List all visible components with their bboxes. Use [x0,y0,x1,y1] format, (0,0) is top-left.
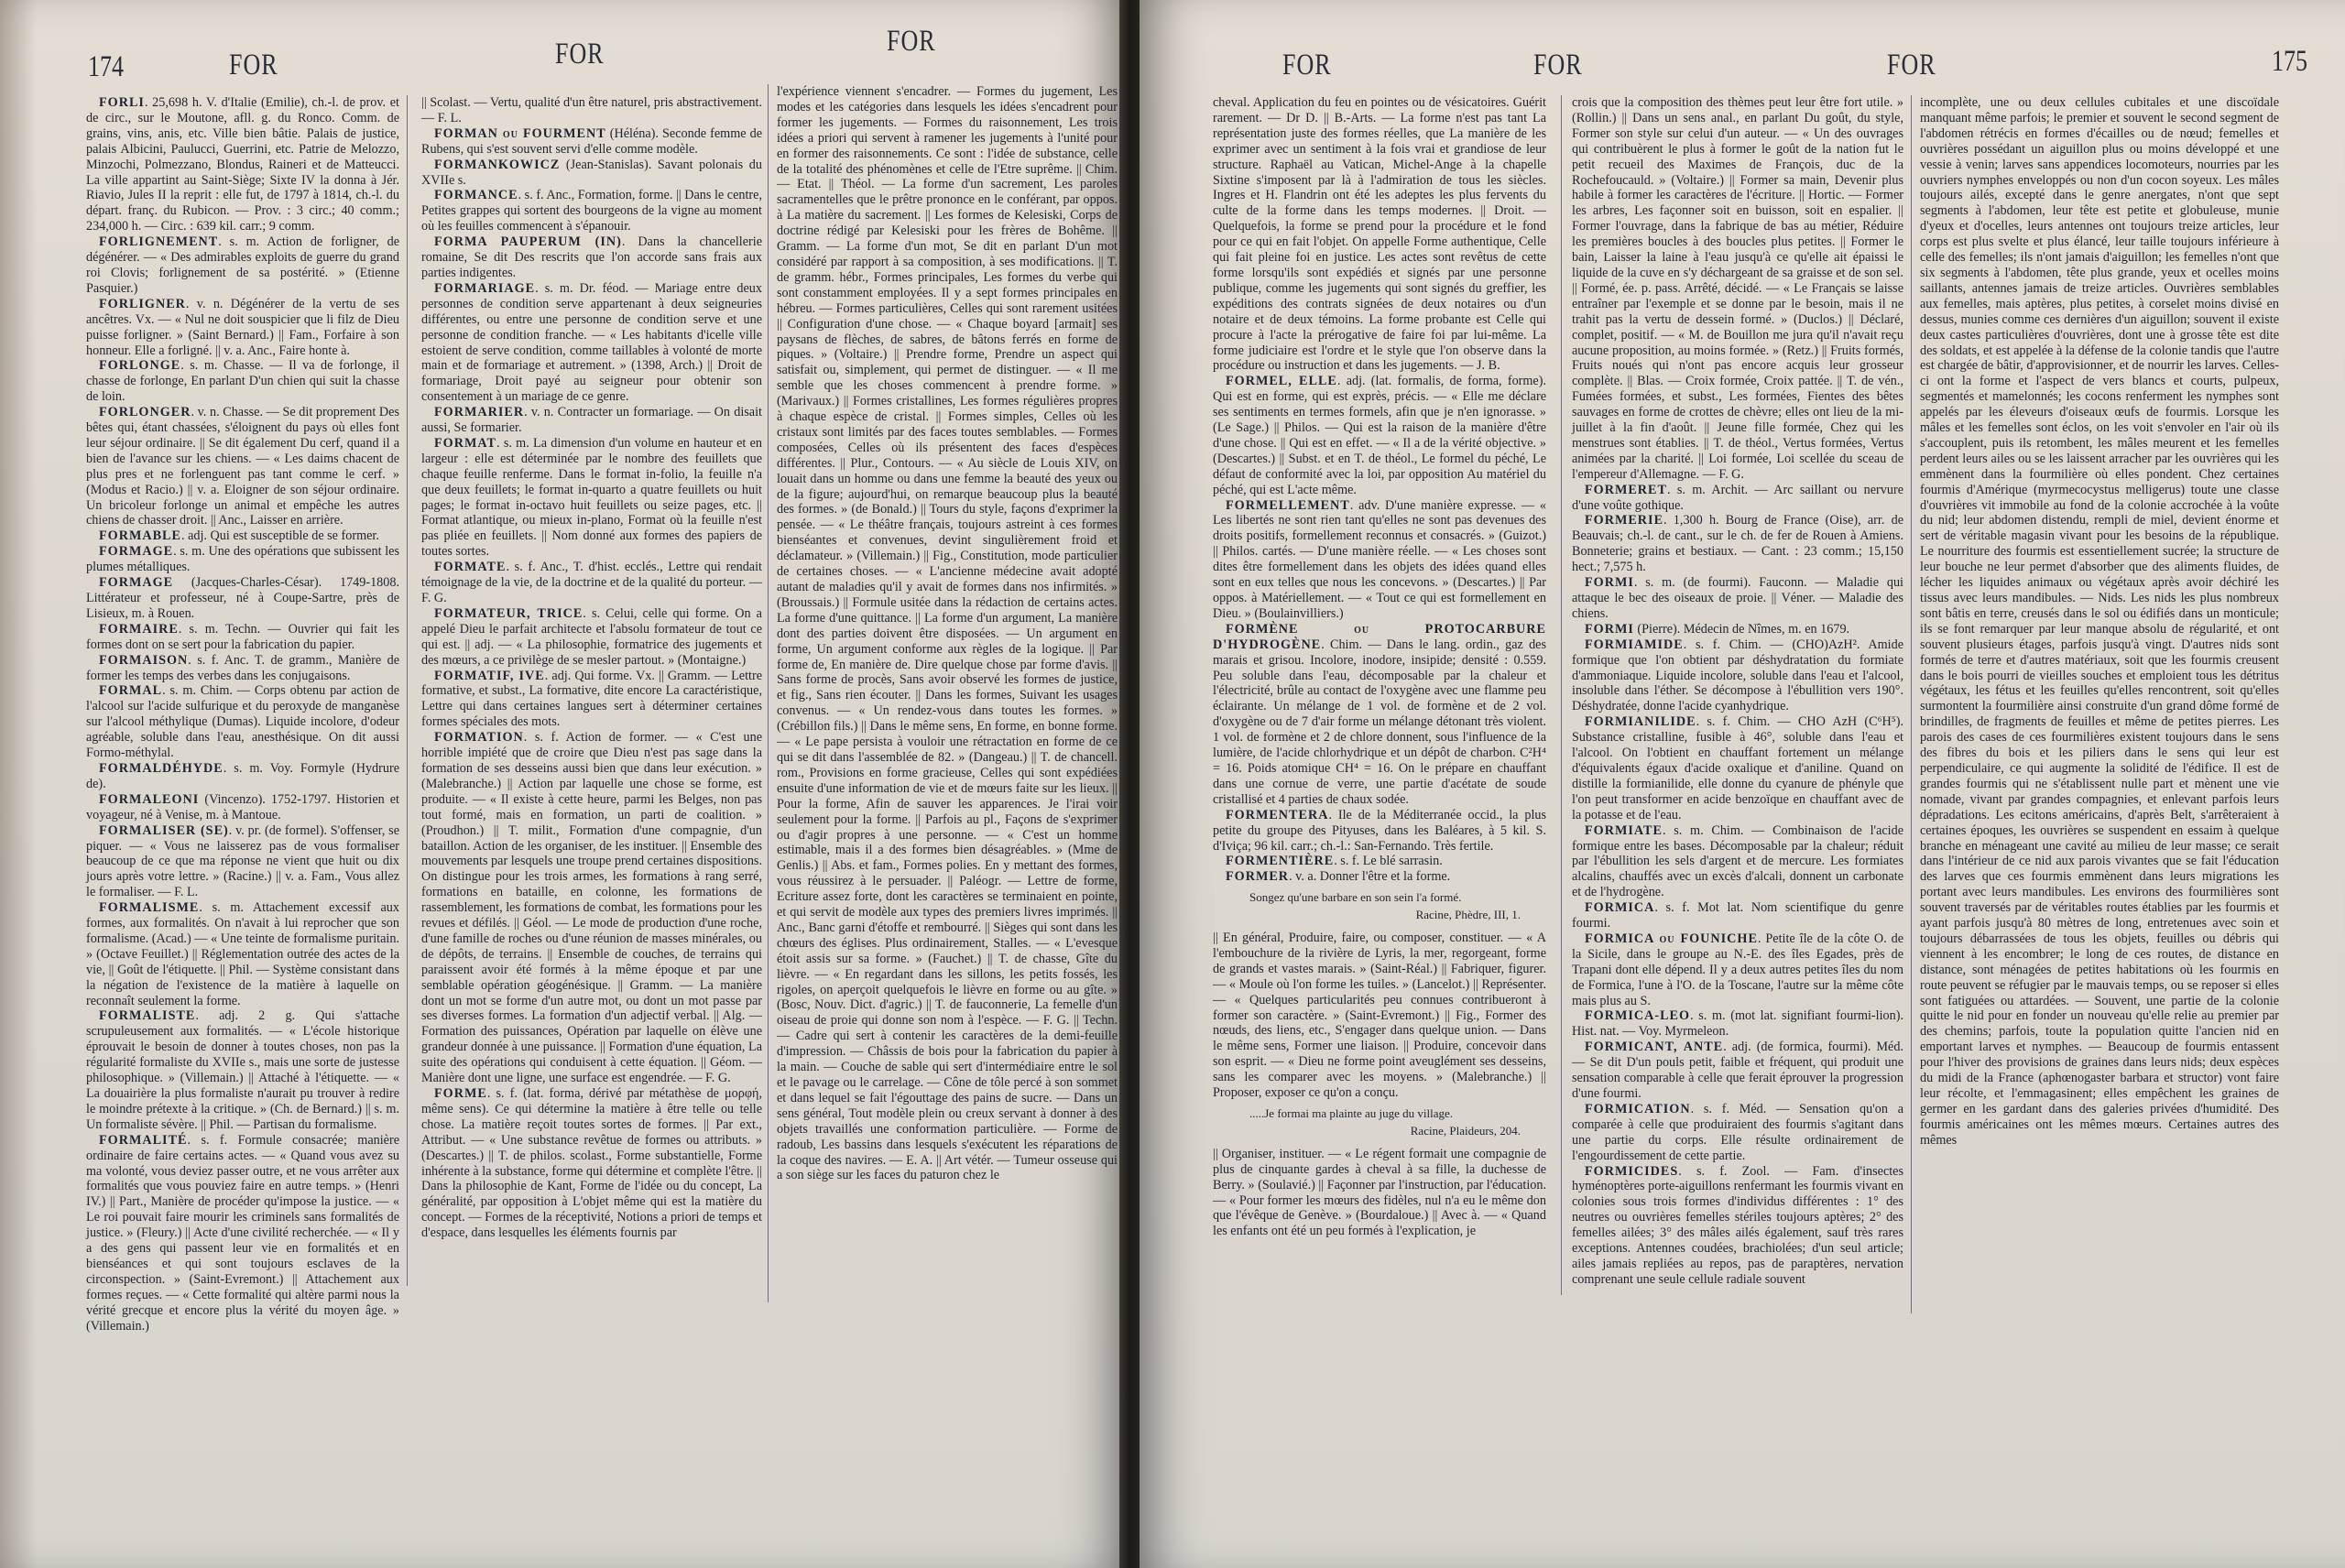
dictionary-entry: FORMI. s. m. (de fourmi). Fauconn. — Mal… [1572,575,1903,622]
entry-definition: . adj. Qui est susceptible de se former. [181,528,379,543]
entry-headword: FORMERET [1585,483,1667,497]
left-page: 174 FOR FOR FOR FORLI. 25,698 h. V. d'It… [0,0,1125,1568]
entry-headword: FORMAL [99,683,162,698]
entry-definition: || Scolast. — Vertu, qualité d'un être n… [421,95,762,125]
column-rule [407,95,408,1286]
dictionary-entry: FORMALISER (SE). v. pr. (de formel). S'o… [86,823,399,901]
dictionary-entry-continued: || En général, Produire, faire, ou compo… [1213,931,1546,1101]
verse-source: Racine, Plaideurs, 204. [1213,1124,1546,1139]
dictionary-entry: FORMICATION. s. f. Méd. — Sensation qu'o… [1572,1102,1903,1164]
entry-definition: (Pierre). Médecin de Nîmes, m. en 1679. [1634,622,1849,637]
entry-definition: . s. f. Le blé sarrasin. [1334,854,1443,868]
entry-headword: FORLONGE [99,358,180,373]
entry-headword: FORMEL, ELLE [1226,374,1337,388]
dictionary-entry: FORMIATE. s. m. Chim. — Combinaison de l… [1572,823,1903,901]
entry-headword: FORMICA [1585,900,1654,915]
dictionary-entry: FORMALISME. s. m. Attachement excessif a… [86,900,399,1008]
page-number-left: 174 [88,49,124,84]
dictionary-entry: FORMANCE. s. f. Anc., Formation, forme. … [421,188,762,234]
dictionary-entry: FORMALDÉHYDE. s. m. Voy. Formyle (Hydrur… [86,761,399,792]
entry-headword: FORMIANILIDE [1585,714,1696,729]
entry-headword: FORMALITÉ [99,1133,188,1148]
entry-headword: FORMALEONI [99,792,199,807]
dictionary-entry: FORMALITÉ. s. f. Formule consacrée; mani… [86,1133,399,1334]
dictionary-entry: FORMALISTE. adj. 2 g. Qui s'attache scru… [86,1008,399,1132]
entry-headword: FORMALDÉHYDE [99,761,224,776]
dictionary-entry: cheval. Application du feu en pointes ou… [1213,95,1546,374]
dictionary-entry: FORMA PAUPERUM (IN). Dans la chancelleri… [421,234,762,281]
entry-headword: FORMAISON [99,653,188,668]
entry-headword: FORMENTIÈRE [1226,854,1334,868]
entry-definition: . s. m. Attachement excessif aux formes,… [86,900,399,1007]
dictionary-entry: FORMALEONI (Vincenzo). 1752-1797. Histor… [86,792,399,823]
entry-headword: FORMI [1585,622,1634,637]
dictionary-entry: FORMICA-LEO. s. m. (mot lat. signifiant … [1572,1008,1903,1040]
dictionary-entry: FORMATE. s. f. Anc., T. d'hist. ecclés.,… [421,560,762,606]
dictionary-entry: FORMER. v. a. Donner l'être et la forme. [1213,869,1546,885]
dictionary-entry: || Scolast. — Vertu, qualité d'un être n… [421,95,762,126]
dictionary-entry: crois que la composition des thèmes peut… [1572,95,1903,483]
entry-headword: FORMANKOWICZ [434,158,560,172]
dictionary-entry: FORMICANT, ANTE. adj. (de formica, fourm… [1572,1040,1903,1102]
entry-definition: incomplète, une ou deux cellules cubital… [1920,95,2279,1148]
verse-source: Racine, Phèdre, III, 1. [1213,908,1546,923]
entry-headword: FORMAN ou FOURMENT [434,126,606,141]
entry-definition: . v. a. Donner l'être et la forme. [1289,869,1450,884]
dictionary-entry: FORMIAMIDE. s. f. Chim. — (CHO)AzH². Ami… [1572,637,1903,715]
entry-headword: FORLONGER [99,405,191,419]
dictionary-entry: FORMATIF, IVE. adj. Qui forme. Vx. || Gr… [421,669,762,731]
entry-definition: . 25,698 h. V. d'Italie (Emilie), ch.-l.… [86,95,399,234]
running-head: FOR [1887,48,1936,82]
running-head: FOR [887,24,936,59]
dictionary-entry: FORMAL. s. m. Chim. — Corps obtenu par a… [86,683,399,761]
entry-definition: . Chim. — Dans le lang. ordin., gaz des … [1213,637,1546,807]
dictionary-entry: FORMENTERA. Ile de la Méditerranée occid… [1213,808,1546,855]
dictionary-entry: incomplète, une ou deux cellules cubital… [1920,95,2279,1149]
entry-headword: FORMALISER (SE) [99,823,229,838]
entry-headword: FORMATE [434,560,506,574]
entry-definition: . s. m. La dimension d'un volume en haut… [421,436,762,559]
dictionary-entry: FORLONGER. v. n. Chasse. — Se dit propre… [86,405,399,528]
dictionary-entry: FORMICIDES. s. f. Zool. — Fam. d'insecte… [1572,1164,1903,1288]
entry-headword: FORMABLE [99,528,181,543]
dictionary-entry: FORLIGNER. v. n. Dégénérer de la vertu d… [86,297,399,359]
dictionary-entry: FORMANKOWICZ (Jean-Stanislas). Savant po… [421,158,762,189]
entry-definition: . adv. D'une manière expresse. — « Les l… [1213,498,1546,621]
column-3: l'expérience viennent s'encadrer. — Form… [777,84,1118,1183]
right-page: FOR FOR FOR 175 cheval. Application du f… [1140,0,2345,1568]
entry-headword: FORMARIAGE [434,281,535,296]
entry-headword: FORMI [1585,575,1634,590]
entry-headword: FORMAGE [99,544,173,559]
entry-definition: . s. f. Chim. — CHO AzH (C⁶H⁵). Substanc… [1572,714,1903,822]
entry-definition: crois que la composition des thèmes peut… [1572,95,1903,482]
entry-headword: FORLIGNEMENT [99,234,218,249]
dictionary-entry: FORLI. 25,698 h. V. d'Italie (Emilie), c… [86,95,399,234]
dictionary-entry: FORMERET. s. m. Archit. — Arc saillant o… [1572,483,1903,514]
dictionary-entry: FORLIGNEMENT. s. m. Action de forligner,… [86,234,399,297]
dictionary-entry: FORMAISON. s. f. Anc. T. de gramm., Mani… [86,653,399,684]
running-head: FOR [1533,48,1583,82]
dictionary-entry: FORMENTIÈRE. s. f. Le blé sarrasin. [1213,854,1546,869]
entry-headword: FORMIATE [1585,823,1663,838]
entry-definition: cheval. Application du feu en pointes ou… [1213,95,1546,373]
entry-headword: FORMATEUR, TRICE [434,606,583,621]
entry-definition: . s. f. Action de former. — « C'est une … [421,730,762,1085]
entry-headword: FORLIGNER [99,297,186,311]
entry-headword: FORMICATION [1585,1102,1691,1116]
entry-headword: FORMATION [434,730,524,745]
entry-headword: FORMELLEMENT [1226,498,1350,513]
entry-headword: FORMA PAUPERUM (IN) [434,234,622,249]
verse-quotation: Songez qu'une barbare en son sein l'a fo… [1213,890,1546,906]
entry-headword: FORMICIDES [1585,1164,1678,1179]
entry-headword: FORLI [99,95,145,110]
entry-definition: . s. f. Formule consacrée; manière ordin… [86,1133,399,1334]
dictionary-entry-continued: || Organiser, instituer. — « Le régent f… [1213,1147,1546,1239]
entry-headword: FORMANCE [434,188,518,202]
column-1: cheval. Application du feu en pointes ou… [1213,95,1546,1239]
dictionary-entry: FORMAT. s. m. La dimension d'un volume e… [421,436,762,560]
dictionary-entry: FORMAGE (Jacques-Charles-César). 1749-18… [86,575,399,622]
entry-headword: FORMAGE [99,575,173,590]
dictionary-entry: FORMEL, ELLE. adj. (lat. formalis, de fo… [1213,374,1546,497]
page-number-right: 175 [2272,44,2307,79]
dictionary-entry: FORMICA. s. f. Mot lat. Nom scientifique… [1572,900,1903,931]
running-head: FOR [555,37,605,71]
dictionary-entry: FORMÈNE ou PROTOCARBURE D'HYDROGÈNE. Chi… [1213,622,1546,808]
column-rule [768,84,769,1302]
dictionary-entry: FORMAN ou FOURMENT (Héléna). Seconde fem… [421,126,762,158]
open-book-spread: 174 FOR FOR FOR FORLI. 25,698 h. V. d'It… [0,0,2345,1568]
dictionary-entry: FORMELLEMENT. adv. D'une manière express… [1213,498,1546,622]
dictionary-entry: FORME. s. f. (lat. forma, dérivé par mét… [421,1086,762,1241]
entry-definition: . s. f. Zool. — Fam. d'insectes hyménopt… [1572,1164,1903,1287]
entry-headword: FORMERIE [1585,513,1663,528]
entry-definition: . s. m. Dr. féod. — Mariage entre deux p… [421,281,762,404]
entry-definition: . v. n. Chasse. — Se dit proprement Des … [86,405,399,528]
running-head: FOR [229,48,278,82]
running-head: FOR [1282,48,1332,82]
dictionary-entry: FORMARIER. v. n. Contracter un formariag… [421,405,762,436]
entry-headword: FORMICA-LEO [1585,1008,1690,1023]
column-1: FORLI. 25,698 h. V. d'Italie (Emilie), c… [86,95,399,1334]
dictionary-entry: FORMIANILIDE. s. f. Chim. — CHO AzH (C⁶H… [1572,714,1903,822]
column-rule [1561,95,1562,1295]
entry-headword: FORMICANT, ANTE [1585,1040,1723,1054]
dictionary-entry: FORMI (Pierre). Médecin de Nîmes, m. en … [1572,622,1903,637]
dictionary-entry: l'expérience viennent s'encadrer. — Form… [777,84,1118,1183]
dictionary-entry: FORMARIAGE. s. m. Dr. féod. — Mariage en… [421,281,762,405]
dictionary-entry: FORMAIRE. s. m. Techn. — Ouvrier qui fai… [86,622,399,653]
dictionary-entry: FORMATEUR, TRICE. s. Celui, celle qui fo… [421,606,762,669]
entry-headword: FORMER [1226,869,1289,884]
entry-headword: FORMALISTE [99,1008,195,1023]
entry-headword: FORMARIER [434,405,524,419]
entry-headword: FORMICA ou FOUNICHE [1585,931,1758,946]
entry-definition: l'expérience viennent s'encadrer. — Form… [777,84,1118,1182]
dictionary-entry: FORMICA ou FOUNICHE. Petite île de la cô… [1572,931,1903,1009]
dictionary-entry: FORMERIE. 1,300 h. Bourg de France (Oise… [1572,513,1903,575]
entry-definition: . adj. 2 g. Qui s'attache scrupuleusemen… [86,1008,399,1131]
entry-headword: FORMIAMIDE [1585,637,1684,652]
entry-headword: FORMALISME [99,900,199,915]
entry-headword: FORMATIF, IVE [434,669,545,683]
entry-definition: . adj. (lat. formalis, de forma, forme).… [1213,374,1546,496]
dictionary-entry: FORLONGE. s. m. Chasse. — Il va de forlo… [86,358,399,405]
entry-headword: FORMAIRE [99,622,179,637]
column-2: || Scolast. — Vertu, qualité d'un être n… [421,95,762,1241]
page-edge-shadow [0,0,37,1568]
dictionary-entry: FORMAGE. s. m. Une des opérations que su… [86,544,399,575]
entry-headword: FORMENTERA [1226,808,1328,822]
entry-headword: FORME [434,1086,487,1101]
dictionary-entry: FORMABLE. adj. Qui est susceptible de se… [86,528,399,544]
entry-definition: . s. f. (lat. forma, dérivé par métathès… [421,1086,762,1240]
dictionary-entry: FORMATION. s. f. Action de former. — « C… [421,730,762,1086]
column-3: incomplète, une ou deux cellules cubital… [1920,95,2279,1149]
verse-quotation: .....Je formai ma plainte au juge du vil… [1213,1106,1546,1122]
entry-headword: FORMAT [434,436,496,451]
column-rule [1911,95,1912,1313]
column-2: crois que la composition des thèmes peut… [1572,95,1903,1288]
